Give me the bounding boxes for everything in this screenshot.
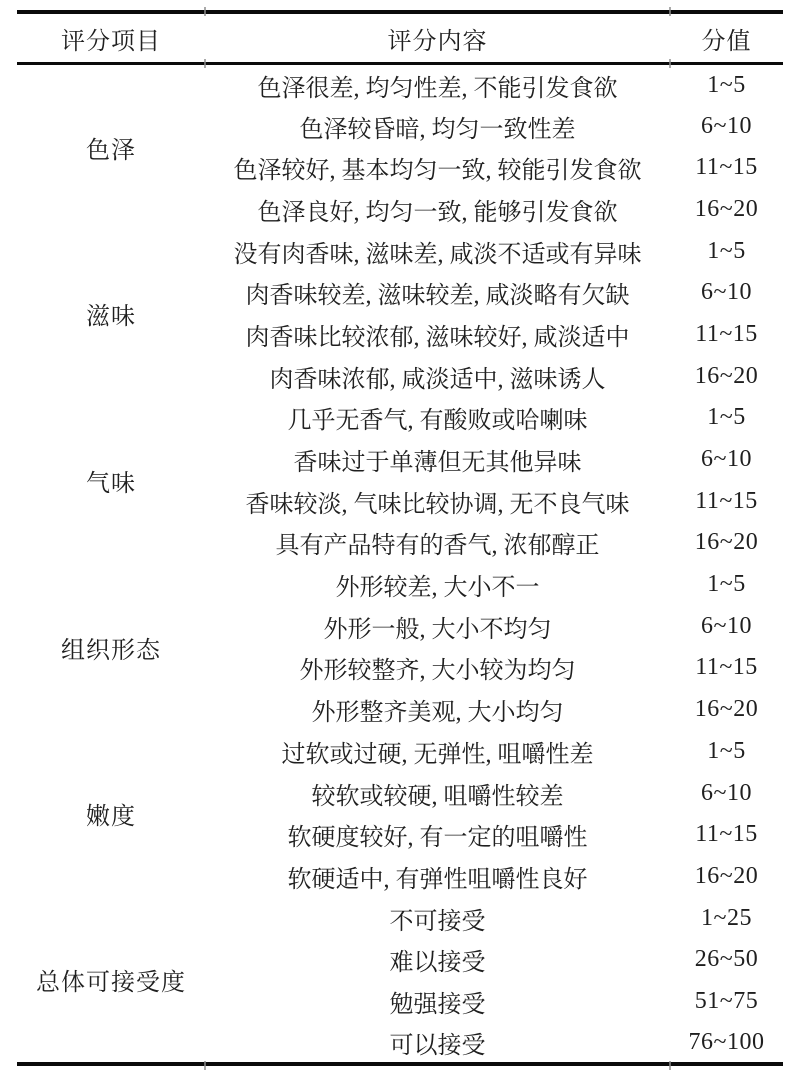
criteria-cell: 软硬适中, 有弹性咀嚼性良好 <box>205 856 670 898</box>
score-cell: 11~15 <box>670 480 783 522</box>
criteria-cell: 不可接受 <box>205 897 670 939</box>
score-cell: 76~100 <box>670 1022 783 1064</box>
criteria-cell: 过软或过硬, 无弹性, 咀嚼性差 <box>205 731 670 773</box>
criteria-cell: 肉香味浓郁, 咸淡适中, 滋味诱人 <box>205 355 670 397</box>
score-cell: 16~20 <box>670 189 783 231</box>
criteria-cell: 软硬度较好, 有一定的咀嚼性 <box>205 814 670 856</box>
criteria-cell: 色泽很差, 均匀性差, 不能引发食欲 <box>205 64 670 106</box>
group-label-odor: 气味 <box>17 397 205 564</box>
criteria-cell: 外形较差, 大小不一 <box>205 564 670 606</box>
table-row: 嫩度 过软或过硬, 无弹性, 咀嚼性差 1~5 <box>17 731 783 773</box>
score-cell: 6~10 <box>670 105 783 147</box>
score-cell: 11~15 <box>670 814 783 856</box>
score-cell: 1~25 <box>670 897 783 939</box>
criteria-cell: 肉香味比较浓郁, 滋味较好, 咸淡适中 <box>205 314 670 356</box>
scanned-table-page: 评分项目 评分内容 分值 色泽 色泽很差, 均匀性差, 不能引发食欲 1~5 色… <box>0 0 800 1086</box>
criteria-cell: 外形整齐美观, 大小均匀 <box>205 689 670 731</box>
score-cell: 16~20 <box>670 689 783 731</box>
column-rule-tick <box>204 59 206 68</box>
header-row: 评分项目 评分内容 分值 <box>17 12 783 64</box>
sensory-evaluation-table: 评分项目 评分内容 分值 色泽 色泽很差, 均匀性差, 不能引发食欲 1~5 色… <box>17 10 783 1066</box>
table-body: 色泽 色泽很差, 均匀性差, 不能引发食欲 1~5 色泽较昏暗, 均匀一致性差 … <box>17 64 783 1065</box>
score-cell: 6~10 <box>670 605 783 647</box>
criteria-cell: 没有肉香味, 滋味差, 咸淡不适或有异味 <box>205 230 670 272</box>
criteria-cell: 色泽良好, 均匀一致, 能够引发食欲 <box>205 189 670 231</box>
table-row: 组织形态 外形较差, 大小不一 1~5 <box>17 564 783 606</box>
score-cell: 6~10 <box>670 772 783 814</box>
criteria-cell: 可以接受 <box>205 1022 670 1064</box>
group-label-texture-form: 组织形态 <box>17 564 205 731</box>
score-cell: 1~5 <box>670 64 783 106</box>
score-cell: 6~10 <box>670 272 783 314</box>
score-cell: 26~50 <box>670 939 783 981</box>
score-cell: 11~15 <box>670 147 783 189</box>
score-cell: 16~20 <box>670 355 783 397</box>
group-label-color-luster: 色泽 <box>17 64 205 231</box>
criteria-cell: 色泽较昏暗, 均匀一致性差 <box>205 105 670 147</box>
score-cell: 1~5 <box>670 564 783 606</box>
criteria-cell: 香味过于单薄但无其他异味 <box>205 439 670 481</box>
criteria-cell: 肉香味较差, 滋味较差, 咸淡略有欠缺 <box>205 272 670 314</box>
score-cell: 1~5 <box>670 230 783 272</box>
score-cell: 1~5 <box>670 731 783 773</box>
table-row: 滋味 没有肉香味, 滋味差, 咸淡不适或有异味 1~5 <box>17 230 783 272</box>
criteria-cell: 香味较淡, 气味比较协调, 无不良气味 <box>205 480 670 522</box>
score-cell: 11~15 <box>670 647 783 689</box>
group-label-taste: 滋味 <box>17 230 205 397</box>
table-row: 气味 几乎无香气, 有酸败或哈喇味 1~5 <box>17 397 783 439</box>
header-score-value: 分值 <box>670 12 783 64</box>
column-rule-tick <box>669 1061 671 1070</box>
table-row: 总体可接受度 不可接受 1~25 <box>17 897 783 939</box>
criteria-cell: 色泽较好, 基本均匀一致, 较能引发食欲 <box>205 147 670 189</box>
score-cell: 11~15 <box>670 314 783 356</box>
criteria-cell: 难以接受 <box>205 939 670 981</box>
criteria-cell: 外形一般, 大小不均匀 <box>205 605 670 647</box>
criteria-cell: 较软或较硬, 咀嚼性较差 <box>205 772 670 814</box>
group-label-tenderness: 嫩度 <box>17 731 205 898</box>
criteria-cell: 几乎无香气, 有酸败或哈喇味 <box>205 397 670 439</box>
score-cell: 51~75 <box>670 981 783 1023</box>
table-row: 色泽 色泽很差, 均匀性差, 不能引发食欲 1~5 <box>17 64 783 106</box>
criteria-cell: 勉强接受 <box>205 981 670 1023</box>
table-header: 评分项目 评分内容 分值 <box>17 12 783 64</box>
column-rule-tick <box>669 7 671 16</box>
score-cell: 1~5 <box>670 397 783 439</box>
score-cell: 6~10 <box>670 439 783 481</box>
header-scoring-item: 评分项目 <box>17 12 205 64</box>
header-scoring-content: 评分内容 <box>205 12 670 64</box>
column-rule-tick <box>204 1061 206 1070</box>
criteria-cell: 外形较整齐, 大小较为均匀 <box>205 647 670 689</box>
column-rule-tick <box>669 59 671 68</box>
criteria-cell: 具有产品特有的香气, 浓郁醇正 <box>205 522 670 564</box>
column-rule-tick <box>204 7 206 16</box>
score-cell: 16~20 <box>670 522 783 564</box>
score-cell: 16~20 <box>670 856 783 898</box>
group-label-overall-acceptability: 总体可接受度 <box>17 897 205 1064</box>
